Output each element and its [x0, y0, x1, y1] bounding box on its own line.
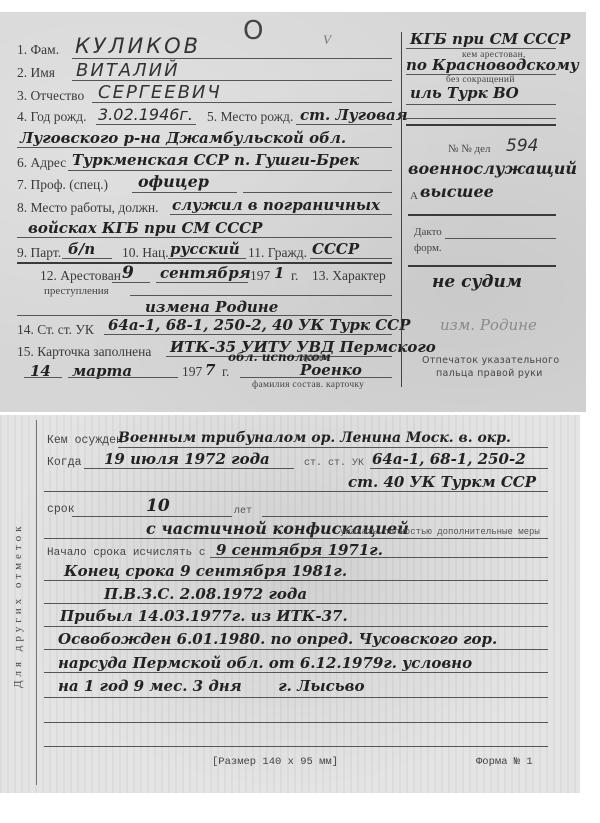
- address-label: 6. Адрес: [17, 155, 66, 171]
- note-line: на 1 год 9 мес. 3 дня г. Лысьво: [58, 677, 364, 695]
- convicted-by-value: Военным трибуналом ор. Ленина Моск. в. о…: [118, 430, 511, 446]
- circle-mark: O: [243, 16, 263, 46]
- side-label: Для других отметок: [12, 470, 32, 740]
- patronymic-value: СЕРГЕЕВИЧ: [98, 82, 222, 103]
- birth-year-value: 3.02.1946г.: [98, 105, 193, 124]
- case-number-label: № № дел: [448, 143, 490, 155]
- note-line: Освобожден 6.01.1980. по опред. Чусовско…: [58, 630, 497, 648]
- profession-label: 7. Проф. (спец.): [17, 177, 108, 193]
- term-label: срок: [47, 503, 75, 516]
- note-line: Прибыл 14.03.1977г. из ИТК-37.: [60, 607, 348, 625]
- note-line: нарсуда Пермской обл. от 6.12.1979г. усл…: [58, 654, 472, 672]
- card-filled-year-digit: 7: [205, 361, 215, 379]
- term-start-label: Начало срока исчислять с: [47, 547, 205, 559]
- not-convicted-note: не судим: [432, 272, 522, 292]
- birthplace-value-1: ст. Луговая: [300, 106, 408, 124]
- first-name-value: ВИТАЛИЙ: [76, 60, 180, 81]
- arrested-year-suffix: г.: [291, 268, 298, 284]
- arrested-by-value-1: КГБ при СМ СССР: [410, 30, 570, 48]
- note-line: П.В.З.С. 2.08.1972 года: [104, 585, 307, 603]
- signer-caption: фамилия состав. карточку: [252, 380, 364, 390]
- citizenship-label: 11. Гражд.: [248, 245, 307, 261]
- education-value: высшее: [420, 182, 494, 201]
- confiscation-caption: указать полностью дополнительные меры: [340, 527, 540, 537]
- articles-value: 64а-1, 68-1, 250-2, 40 УК Турк ССР: [108, 316, 410, 334]
- arrested-label: 12. Арестован: [40, 268, 121, 284]
- articles-label-bottom: ст. ст. УК: [304, 458, 364, 469]
- footer-form-number: Форма № 1: [476, 756, 533, 768]
- arrested-year-prefix: 197: [250, 268, 270, 284]
- first-name-label: 2. Имя: [17, 65, 55, 81]
- fingerprint-caption-2: пальца правой руки: [436, 368, 543, 379]
- profession-value: офицер: [138, 172, 209, 191]
- arrested-year-digit: 1: [274, 264, 284, 282]
- workplace-value-1: служил в пограничных: [172, 196, 380, 214]
- when-label: Когда: [47, 456, 82, 469]
- party-value: б/п: [68, 240, 95, 258]
- fingerprint-caption-1: Отпечаток указательного: [422, 355, 559, 366]
- term-unit: лет: [234, 506, 252, 517]
- arrested-month: сентября: [160, 264, 251, 282]
- crime-nature-label-2: преступления: [44, 285, 109, 297]
- note-line: Конец срока 9 сентября 1981г.: [64, 562, 347, 580]
- check-mark: V: [323, 32, 331, 48]
- convicted-by-label: Кем осужден: [47, 434, 123, 447]
- arrested-day: 9: [122, 263, 134, 283]
- surname-label: 1. Фам.: [17, 42, 59, 58]
- education-prefix: А: [410, 190, 418, 202]
- birthplace-label: 5. Место рожд.: [207, 109, 293, 125]
- citizenship-value: СССР: [312, 240, 359, 258]
- arrested-by-value-3: иль Турк ВО: [410, 84, 519, 102]
- workplace-label: 8. Место работы, должн.: [17, 200, 159, 216]
- crime-nature-value: измена Родине: [145, 298, 278, 316]
- patronymic-label: 3. Отчество: [17, 88, 84, 104]
- birthplace-value-2: Луговского р-на Джамбульской обл.: [20, 129, 346, 147]
- articles-value-bottom-2: ст. 40 УК Туркм ССР: [348, 473, 536, 491]
- nationality-value: русский: [170, 240, 240, 258]
- nationality-label: 10. Нац.: [122, 245, 169, 261]
- term-value: 10: [146, 496, 170, 516]
- registration-card-front: O V 1. Фам. КУЛИКОВ 2. Имя ВИТАЛИЙ 3. От…: [0, 12, 586, 412]
- dacto-label-2: форм.: [414, 242, 442, 254]
- arrested-by-value-2: по Красноводскому: [406, 56, 579, 74]
- footer-size: [Размер 140 х 95 мм]: [212, 756, 338, 768]
- party-label: 9. Парт.: [17, 245, 61, 261]
- pencil-note: изм. Родине: [440, 316, 537, 334]
- address-value: Туркменская ССР п. Гушги-Бpек: [72, 151, 359, 169]
- status-value: военнослужащий: [408, 159, 577, 178]
- card-filled-label: 15. Карточка заполнена: [17, 344, 151, 360]
- dacto-label-1: Дакто: [414, 226, 442, 238]
- registration-card-back: [0, 415, 580, 793]
- workplace-value-2: войсках КГБ при СМ СССР: [28, 219, 262, 237]
- surname-value: КУЛИКОВ: [75, 34, 201, 58]
- card-filled-year-prefix: 197: [182, 364, 202, 380]
- birth-year-label: 4. Год рожд.: [17, 109, 86, 125]
- when-value: 19 июля 1972 года: [104, 450, 270, 468]
- case-number-value: 594: [506, 136, 538, 156]
- articles-label: 14. Ст. ст. УК: [17, 322, 94, 338]
- articles-value-bottom-1: 64а-1, 68-1, 250-2: [372, 450, 526, 468]
- crime-nature-label: 13. Характер: [312, 268, 386, 284]
- card-filled-year-suffix: г.: [222, 364, 229, 380]
